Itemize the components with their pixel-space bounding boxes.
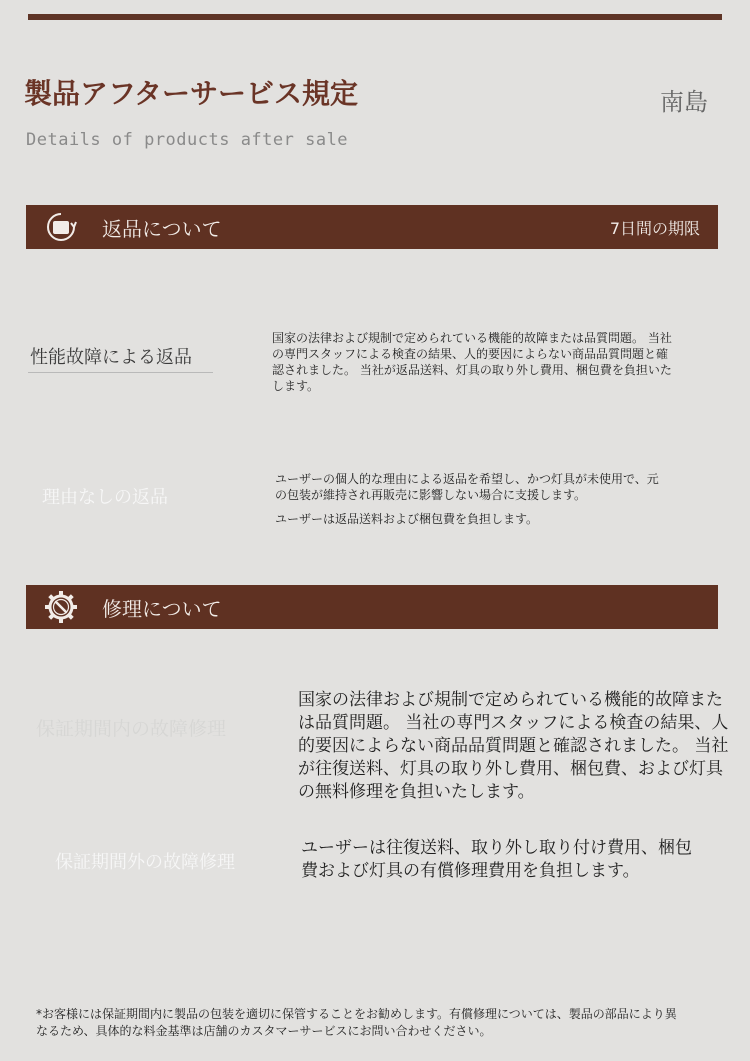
repairs-heading: 修理について (102, 593, 222, 622)
performance-failure-return-text: 国家の法律および規制で定められている機能的故障または品質問題。 当社の専門スタッ… (272, 330, 672, 394)
in-warranty-repair-text: 国家の法律および規制で定められている機能的故障または品質問題。 当社の専門スタッ… (298, 689, 738, 804)
footnote: *お客様には保証期間内に製品の包装を適切に保管することをお勧めします。有償修理に… (36, 1006, 686, 1040)
repairs-section-header: 修理について (26, 585, 718, 629)
returns-section-header: 返品について 7日間の期限 (26, 205, 718, 249)
return-period: 7日間の期限 (610, 216, 700, 239)
in-warranty-repair-label: 保証期間内の故障修理 (36, 714, 226, 741)
out-of-warranty-repair-text: ユーザーは往復送料、取り外し取り付け費用、梱包費および灯具の有償修理費用を負担し… (301, 837, 701, 883)
return-box-icon (44, 210, 78, 244)
page-subtitle: Details of products after sale (26, 130, 348, 150)
performance-failure-return-label: 性能故障による返品 (30, 343, 192, 369)
gear-wrench-icon (44, 590, 78, 624)
top-divider (28, 14, 722, 20)
no-reason-return-label: 理由なしの返品 (42, 483, 168, 509)
page-title: 製品アフターサービス規定 (24, 72, 358, 112)
label-underline (28, 372, 213, 373)
no-reason-return-text: ユーザーの個人的な理由による返品を希望し、かつ灯具が未使用で、元の包装が維持され… (275, 471, 670, 527)
returns-heading: 返品について (102, 213, 222, 242)
out-of-warranty-repair-label: 保証期間外の故障修理 (55, 848, 235, 874)
brand-name: 南島 (660, 82, 708, 117)
